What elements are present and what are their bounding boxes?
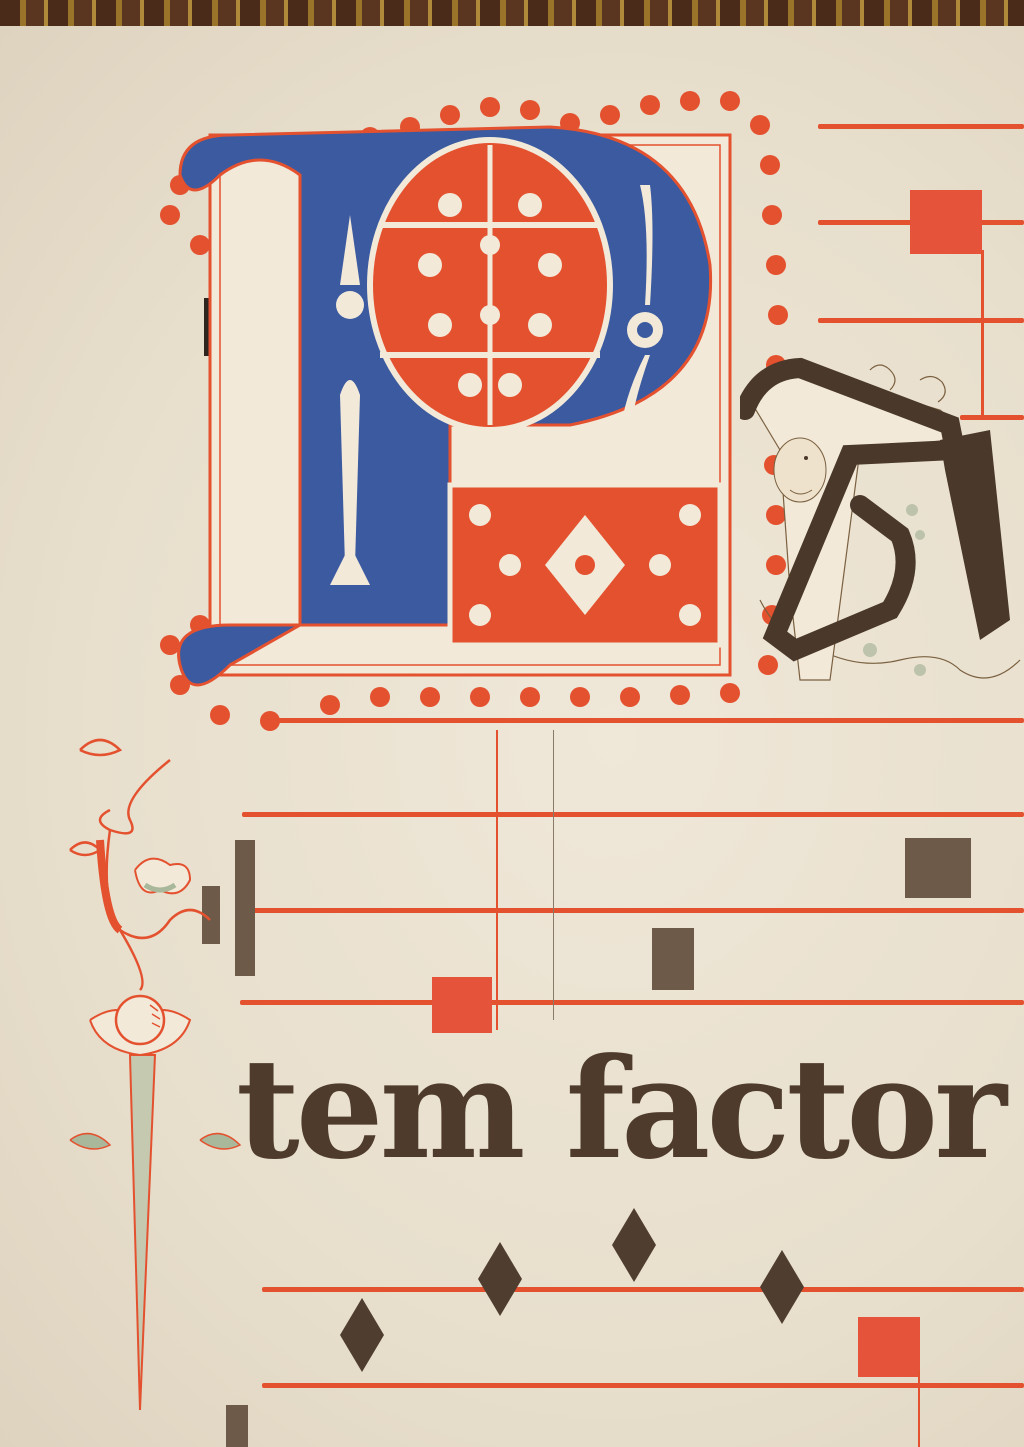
brown-square-note (652, 928, 694, 990)
illuminated-initial-p (150, 65, 800, 745)
staff-line (262, 1287, 1024, 1292)
red-square-note (858, 1317, 920, 1377)
ruling-line (553, 730, 554, 1020)
staff-line (818, 124, 1024, 129)
bar-line (496, 730, 498, 1030)
red-square-note (432, 977, 492, 1033)
staff-line (262, 1383, 1024, 1388)
clef-mark (226, 1405, 248, 1447)
marginal-vine-ornament (60, 720, 260, 1410)
red-square-note (910, 190, 982, 254)
decorated-initial-s (740, 350, 1024, 700)
staff-line (818, 318, 1024, 323)
note-stem (918, 1370, 920, 1447)
brown-square-note (905, 838, 971, 898)
staff-line (240, 908, 1024, 913)
staff-line (240, 1000, 1024, 1005)
lyric-text: tem factor (236, 1040, 1003, 1178)
staff-line (242, 812, 1024, 817)
